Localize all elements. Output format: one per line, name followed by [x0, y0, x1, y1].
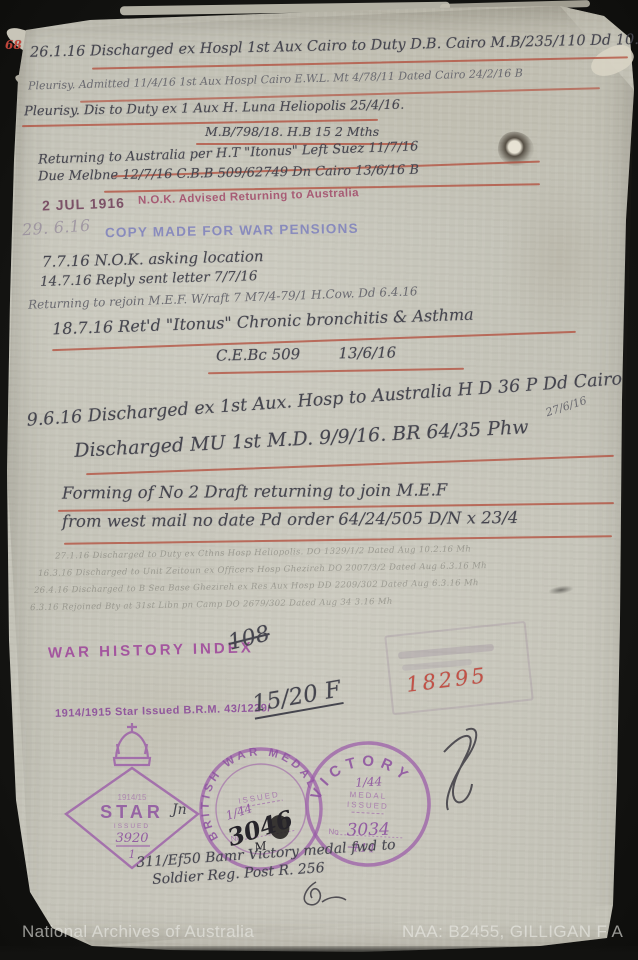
entry-line: Forming of No 2 Draft returning to join … — [62, 480, 447, 502]
star-word-label: STAR — [100, 802, 164, 822]
victory-issued-label: ISSUED — [347, 800, 389, 811]
crown-icon — [114, 723, 150, 765]
entry-line: from west mail no date Pd order 64/24/50… — [62, 508, 518, 531]
archive-watermark-left: National Archives of Australia — [22, 922, 254, 942]
scanned-service-record: 68 26.1.16 Discharged ex Hospl 1st Aux C… — [0, 0, 638, 960]
entry-line: C.E.Bc 509 13/6/16 — [216, 343, 397, 364]
margin-number: 68 — [5, 38, 22, 52]
archive-watermark-right: NAA: B2455, GILLIGAN F A — [402, 922, 623, 942]
star-issued-label: ISSUED — [114, 823, 150, 830]
date-stamp: 2 JUL 1916 — [42, 195, 125, 214]
victory-no-label: No — [328, 827, 339, 837]
star-ink-annotation: Jn — [169, 802, 187, 818]
star-medal-stamp: 1914/15 STAR ISSUED 3920 1 Jn — [56, 718, 208, 870]
star-number: 3920 — [115, 831, 148, 846]
signature-flourish — [414, 722, 484, 822]
star-era-label: 1914/15 — [118, 793, 147, 802]
entry-line: M.B/798/18. H.B 15 2 Mths — [205, 124, 379, 139]
victory-fraction: 1/44 — [355, 774, 383, 789]
star-suffix: 1 — [129, 848, 136, 861]
initial-flourish — [288, 878, 348, 912]
